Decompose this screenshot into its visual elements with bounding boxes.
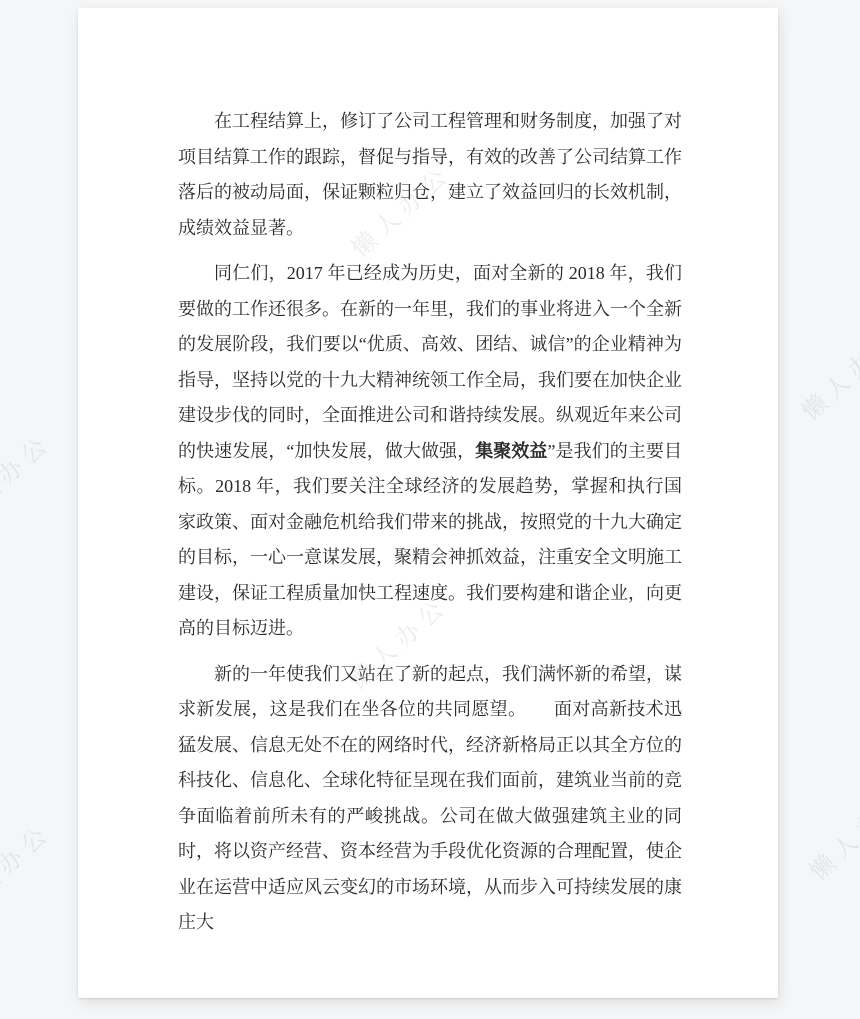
- watermark-text: 懒人办公: [0, 424, 58, 533]
- paragraph-new-year-outlook: 同仁们，2017 年已经成为历史，面对全新的 2018 年，我们要做的工作还很多…: [178, 256, 682, 647]
- bold-phrase-jiju-xiaoyi: 集聚效益: [475, 441, 547, 461]
- paragraph-new-year-text-after: ”是我们的主要目标。2018 年，我们要关注全球经济的发展趋势，掌握和执行国家政…: [178, 441, 682, 639]
- document-viewer-background: { "viewer": { "background_color": "#f5f6…: [0, 0, 860, 1019]
- paragraph-project-settlement: 在工程结算上，修订了公司工程管理和财务制度，加强了对项目结算工作的跟踪，督促与指…: [178, 104, 682, 246]
- paragraph-new-year-text-before: 同仁们，2017 年已经成为历史，面对全新的 2018 年，我们要做的工作还很多…: [178, 263, 682, 461]
- watermark-text: 懒人办公: [0, 814, 58, 923]
- paragraph-new-start: 新的一年使我们又站在了新的起点，我们满怀新的希望，谋求新发展，这是我们在坐各位的…: [178, 657, 682, 941]
- document-page: 在工程结算上，修订了公司工程管理和财务制度，加强了对项目结算工作的跟踪，督促与指…: [78, 8, 778, 998]
- watermark-text: 懒人办公: [792, 318, 860, 427]
- watermark-text: 懒人办公: [800, 778, 860, 887]
